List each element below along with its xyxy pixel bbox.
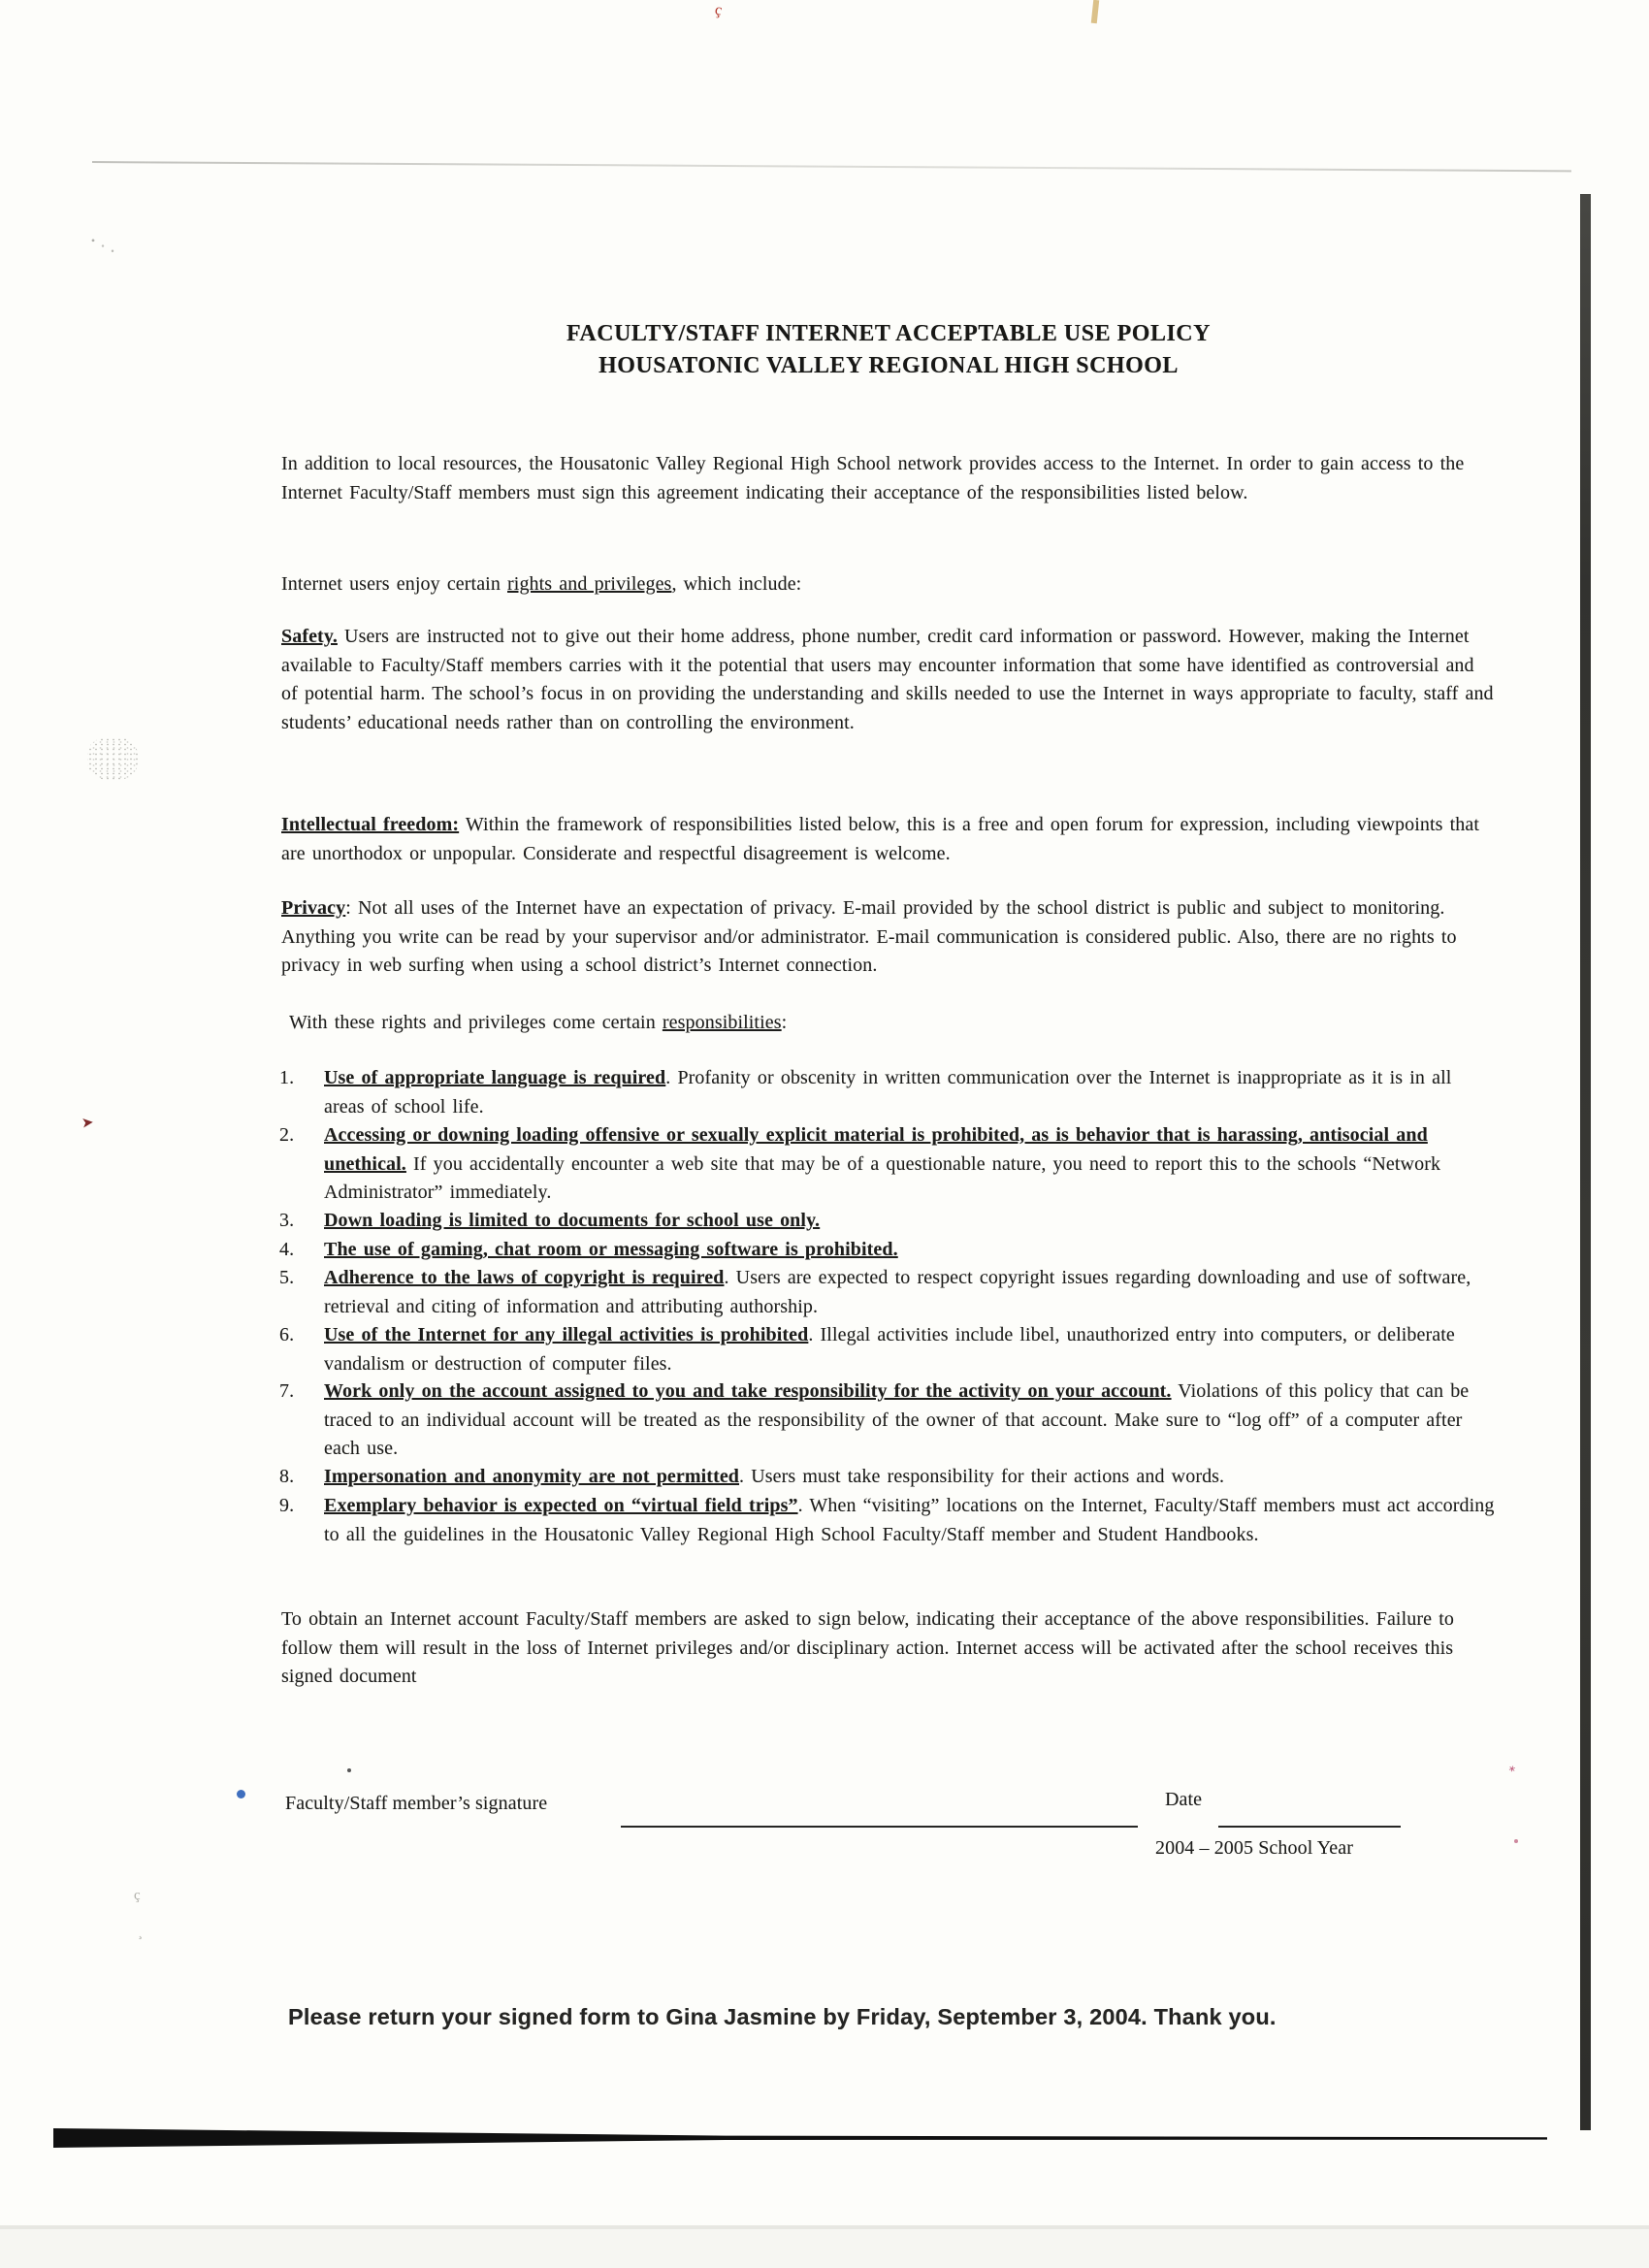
pink-pen-mark: ⁎: [1507, 1759, 1517, 1775]
privacy-body: : Not all uses of the Internet have an e…: [281, 897, 1457, 976]
rights-underlined-phrase: rights and privileges: [507, 573, 671, 595]
tape-streak-top: [1091, 0, 1099, 23]
privacy-paragraph: Privacy: Not all uses of the Internet ha…: [281, 894, 1496, 981]
responsibilities-underlined-phrase: responsibilities: [663, 1012, 782, 1033]
list-item-7: 7. Work only on the account assigned to …: [279, 1377, 1498, 1464]
list-item-4: 4. The use of gaming, chat room or messa…: [279, 1236, 1498, 1265]
pen-arrow-mark: ➤: [81, 1113, 94, 1132]
rights-pre: Internet users enjoy certain: [281, 573, 507, 595]
signature-line: [621, 1826, 1138, 1828]
item-text: Work only on the account assigned to you…: [324, 1377, 1498, 1464]
list-item-5: 5. Adherence to the laws of copyright is…: [279, 1264, 1498, 1321]
list-item-3: 3. Down loading is limited to documents …: [279, 1207, 1498, 1236]
scan-bottom-band: [0, 2229, 1649, 2268]
list-item-8: 8. Impersonation and anonymity are not p…: [279, 1463, 1498, 1492]
list-item-1: 1. Use of appropriate language is requir…: [279, 1064, 1498, 1121]
intro-text: In addition to local resources, the Hous…: [281, 453, 1464, 503]
safety-heading: Safety.: [281, 626, 338, 647]
list-item-9: 9. Exemplary behavior is expected on “vi…: [279, 1492, 1498, 1549]
closing-text: To obtain an Internet account Faculty/St…: [281, 1608, 1454, 1687]
item-number: 8.: [279, 1463, 324, 1492]
intellectual-freedom-paragraph: Intellectual freedom: Within the framewo…: [281, 811, 1496, 868]
school-year: 2004 – 2005 School Year: [1155, 1837, 1353, 1860]
item-text: Exemplary behavior is expected on “virtu…: [324, 1492, 1498, 1549]
item-number: 5.: [279, 1264, 324, 1321]
scan-fold-hairline: [92, 161, 1571, 172]
blue-ink-dot: [237, 1790, 245, 1798]
pink-ink-speck: [1514, 1839, 1518, 1843]
responsibilities-pre: With these rights and privileges come ce…: [289, 1012, 663, 1033]
title-line-1: FACULTY/STAFF INTERNET ACCEPTABLE USE PO…: [281, 318, 1496, 350]
item-text: The use of gaming, chat room or messagin…: [324, 1236, 1498, 1265]
list-item-6: 6. Use of the Internet for any illegal a…: [279, 1321, 1498, 1378]
list-item-2: 2. Accessing or downing loading offensiv…: [279, 1121, 1498, 1208]
signature-label: Faculty/Staff member’s signature: [285, 1793, 547, 1815]
scan-squiggle-1: ç: [134, 1888, 141, 1904]
scan-edge-bar: [1580, 194, 1591, 2130]
scanned-document-page: ç ➤ ç ¸ ⁎ FACULTY/STAFF INTERNET ACCEPTA…: [0, 0, 1649, 2268]
date-label: Date: [1165, 1789, 1202, 1811]
rights-post: , which include:: [671, 573, 801, 595]
item-text: Accessing or downing loading offensive o…: [324, 1121, 1498, 1208]
title-line-2: HOUSATONIC VALLEY REGIONAL HIGH SCHOOL: [281, 350, 1496, 382]
scan-speckle-cluster-2: [87, 737, 138, 780]
scan-squiggle-2: ¸: [138, 1925, 143, 1941]
item-text: Use of the Internet for any illegal acti…: [324, 1321, 1498, 1378]
item-number: 7.: [279, 1377, 324, 1464]
item-number: 3.: [279, 1207, 324, 1236]
return-instruction: Please return your signed form to Gina J…: [288, 2004, 1277, 2030]
item-number: 4.: [279, 1236, 324, 1265]
scan-bottom-edge-wedge: [53, 2128, 1547, 2148]
intro-paragraph: In addition to local resources, the Hous…: [281, 450, 1496, 507]
safety-body: Users are instructed not to give out the…: [281, 626, 1494, 733]
item-number: 2.: [279, 1121, 324, 1208]
intellectual-freedom-body: Within the framework of responsibilities…: [281, 814, 1479, 864]
intellectual-freedom-heading: Intellectual freedom:: [281, 814, 459, 835]
closing-paragraph: To obtain an Internet account Faculty/St…: [281, 1605, 1496, 1692]
item-text: Use of appropriate language is required.…: [324, 1064, 1498, 1121]
safety-paragraph: Safety. Users are instructed not to give…: [281, 623, 1496, 737]
scan-speckle-cluster-1: [85, 233, 124, 258]
item-text: Adherence to the laws of copyright is re…: [324, 1264, 1498, 1321]
pen-mark-top: ç: [713, 2, 723, 20]
item-number: 1.: [279, 1064, 324, 1121]
ink-speck: [347, 1768, 351, 1772]
item-text: Down loading is limited to documents for…: [324, 1207, 1498, 1236]
responsibilities-post: :: [782, 1012, 788, 1033]
item-text: Impersonation and anonymity are not perm…: [324, 1463, 1498, 1492]
rights-line: Internet users enjoy certain rights and …: [281, 570, 1496, 599]
privacy-heading: Privacy: [281, 897, 345, 919]
item-number: 9.: [279, 1492, 324, 1549]
date-line: [1218, 1826, 1401, 1828]
responsibilities-line: With these rights and privileges come ce…: [281, 1009, 1503, 1038]
item-number: 6.: [279, 1321, 324, 1378]
document-title: FACULTY/STAFF INTERNET ACCEPTABLE USE PO…: [281, 318, 1496, 382]
